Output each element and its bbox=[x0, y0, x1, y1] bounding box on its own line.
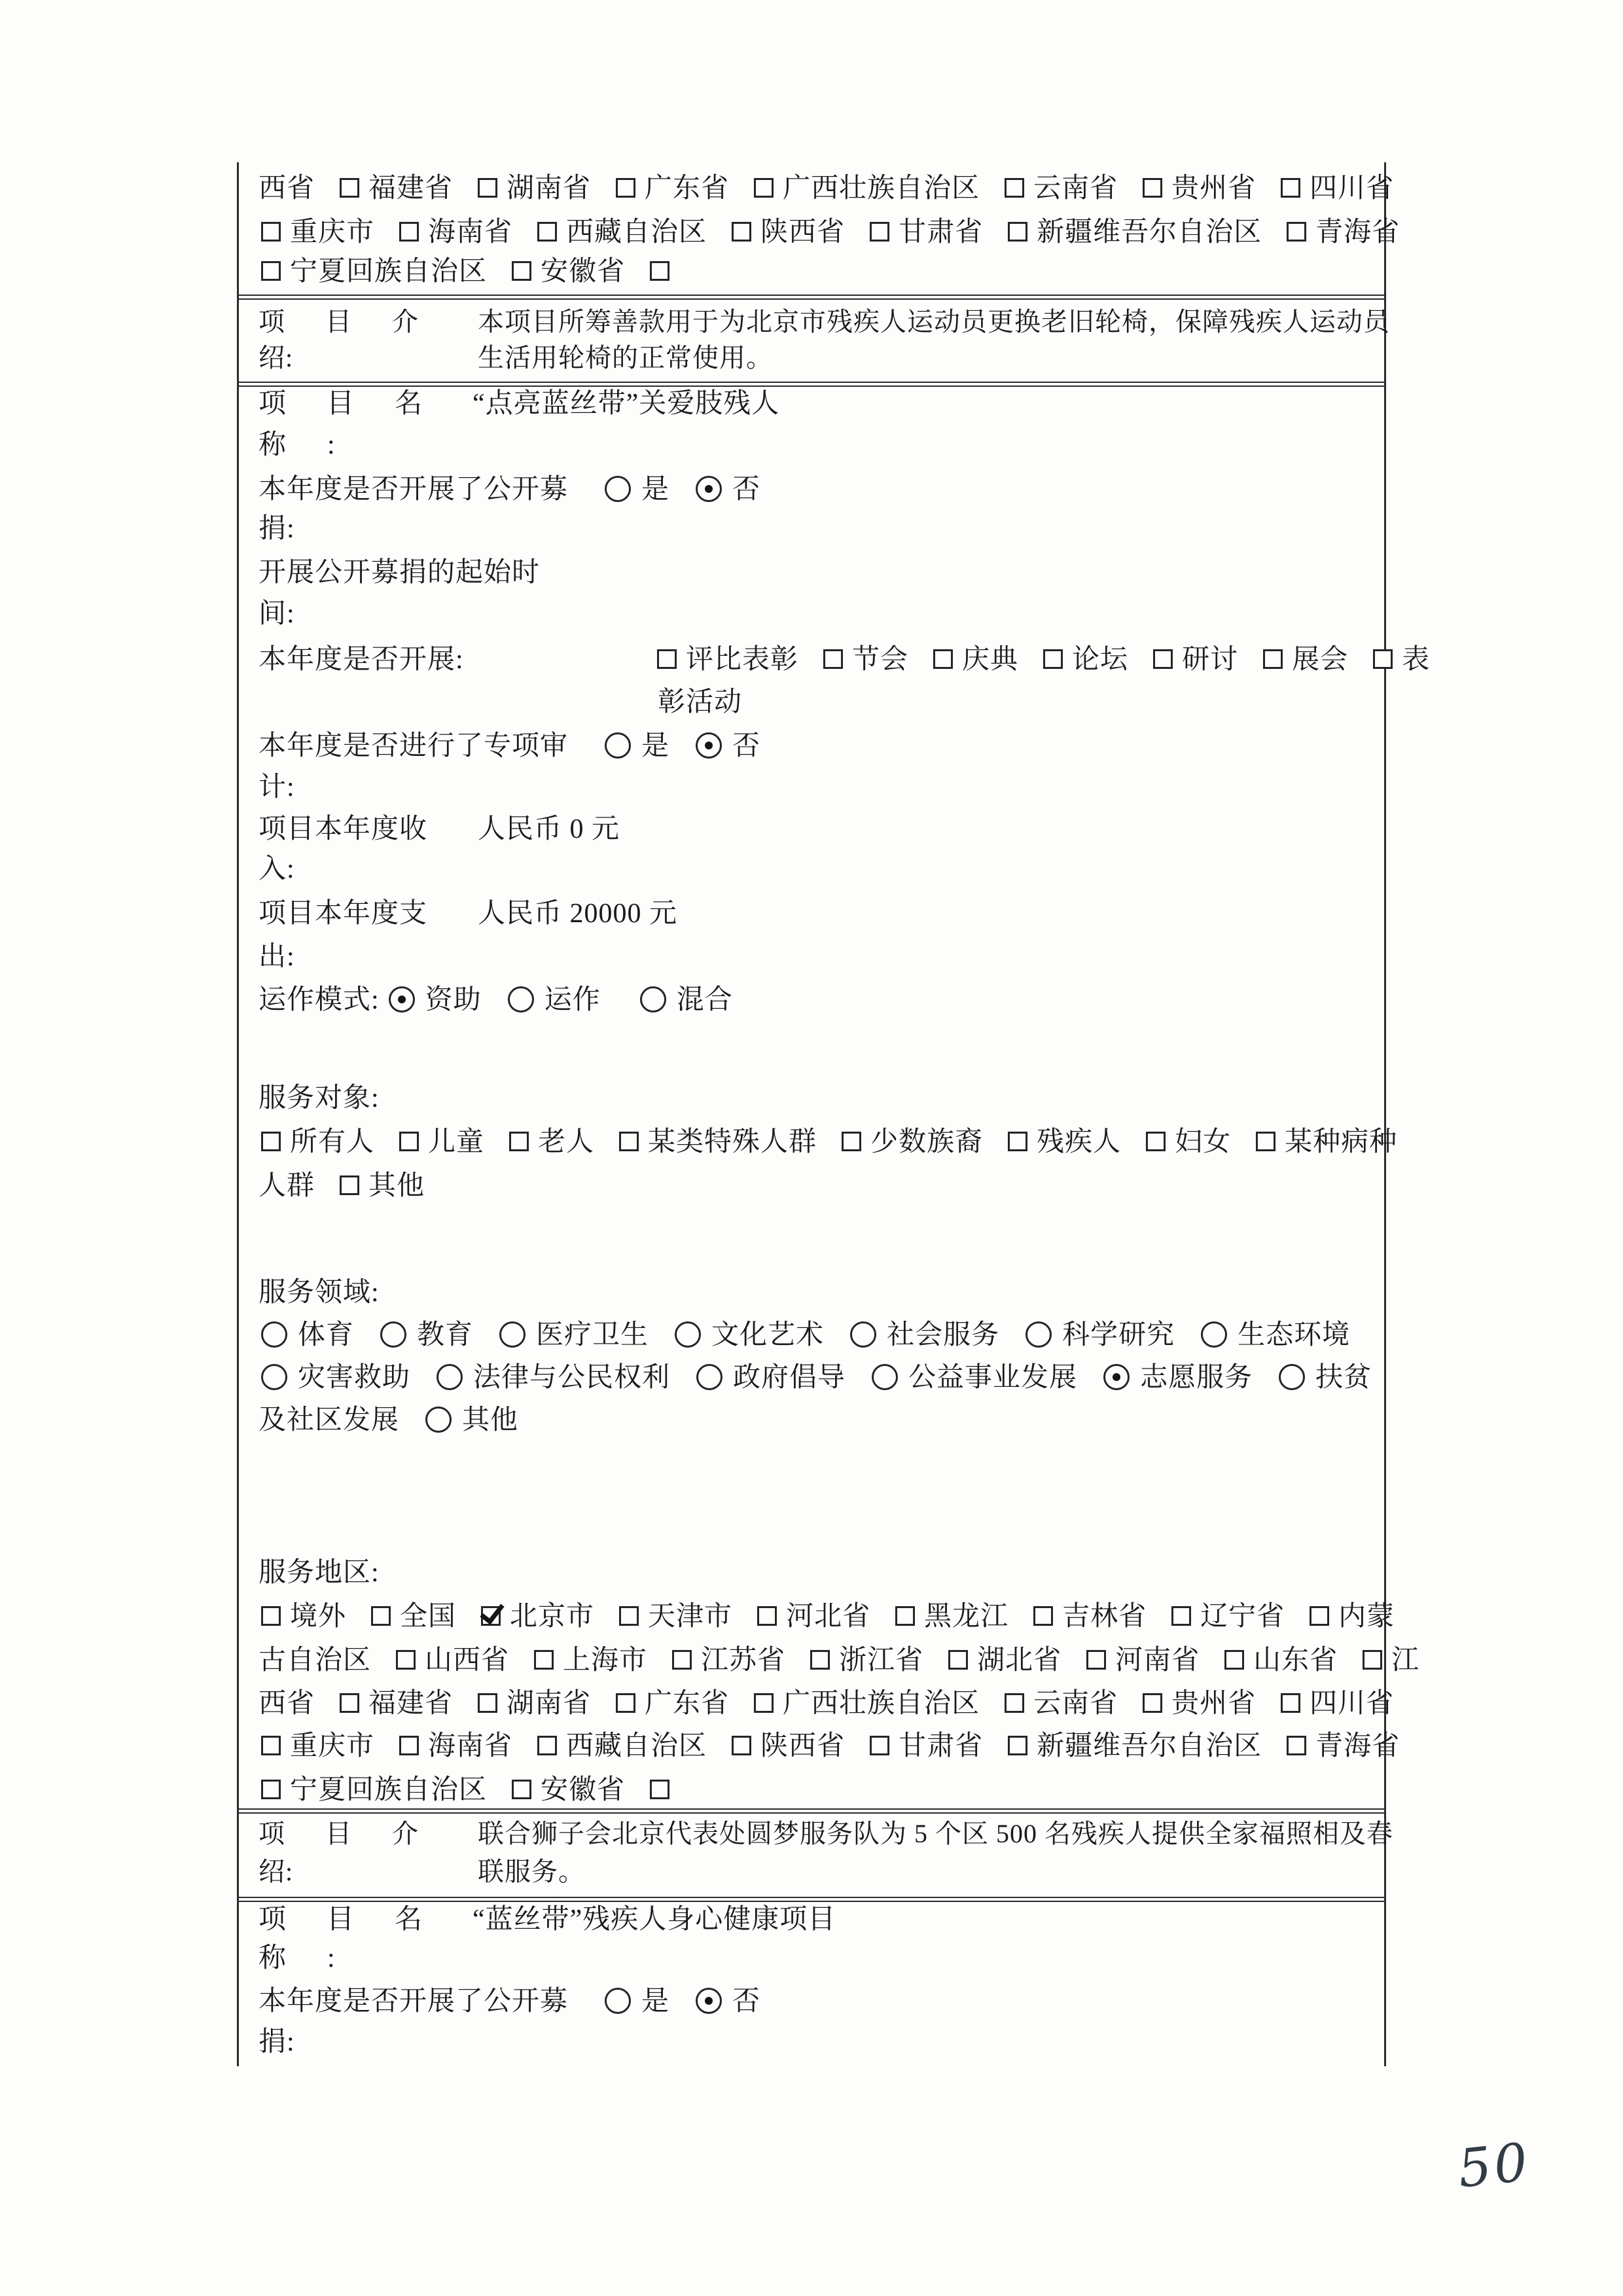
radio-icon[interactable] bbox=[850, 1321, 876, 1348]
text-run: 西省 bbox=[259, 173, 315, 204]
form-line: 联服务。 bbox=[478, 1850, 585, 1893]
form-line: 计: bbox=[259, 766, 295, 809]
radio-icon[interactable] bbox=[675, 1321, 701, 1348]
form-line: 联合狮子会北京代表处圆梦服务队为 5 个区 500 名残疾人提供全家福照相及春 bbox=[478, 1812, 1393, 1856]
text-run: 否 bbox=[732, 1986, 760, 2017]
radio-icon[interactable] bbox=[605, 732, 631, 759]
table-right-border bbox=[1384, 162, 1386, 2066]
text-run: 内蒙 bbox=[1338, 1602, 1395, 1632]
radio-selected-icon[interactable] bbox=[696, 732, 722, 759]
text-run: 老人 bbox=[538, 1127, 594, 1157]
form-line: 本年度是否开展了公开募 bbox=[259, 1980, 568, 2023]
text-run: 黑龙江 bbox=[924, 1602, 1008, 1632]
checkbox-icon[interactable] bbox=[754, 1693, 774, 1713]
text-run: 否 bbox=[732, 475, 760, 505]
checkbox-icon[interactable] bbox=[509, 1132, 529, 1151]
form-line: 入: bbox=[259, 848, 295, 891]
form-line: 运作模式:资助运作混合 bbox=[259, 978, 733, 1022]
checkbox-icon[interactable] bbox=[1363, 1650, 1382, 1670]
text-run: 人群 bbox=[259, 1171, 315, 1201]
checkbox-icon[interactable] bbox=[650, 261, 669, 281]
text-run: 捐: bbox=[259, 514, 295, 544]
text-run: 新疆维吾尔自治区 bbox=[1037, 1731, 1262, 1761]
text-run: 生态环境 bbox=[1238, 1320, 1350, 1350]
radio-icon[interactable] bbox=[380, 1321, 406, 1348]
form-line: 服务领域: bbox=[259, 1271, 380, 1314]
form-line: 项目名 bbox=[259, 382, 463, 425]
checkbox-icon[interactable] bbox=[1143, 178, 1162, 198]
radio-icon[interactable] bbox=[640, 986, 666, 1013]
checkbox-icon[interactable] bbox=[1281, 178, 1300, 198]
form-line: 开展公开募捐的起始时 bbox=[259, 551, 540, 594]
checkbox-icon[interactable] bbox=[933, 649, 953, 669]
checkbox-icon[interactable] bbox=[948, 1650, 968, 1670]
checkbox-icon[interactable] bbox=[261, 1780, 281, 1799]
checkbox-icon[interactable] bbox=[1086, 1650, 1106, 1670]
text-run: 山东省 bbox=[1253, 1645, 1338, 1676]
checkbox-icon[interactable] bbox=[672, 1650, 692, 1670]
text-run: 项目本年度收 bbox=[259, 814, 427, 844]
form-line: 项目名 bbox=[259, 1898, 463, 1941]
radio-icon[interactable] bbox=[437, 1364, 463, 1390]
text-run: 四川省 bbox=[1310, 1689, 1394, 1719]
form-line: 绍: bbox=[259, 1850, 293, 1893]
text-run: 否 bbox=[732, 731, 760, 761]
text-run: 人民币 0 元 bbox=[478, 814, 620, 844]
checkbox-icon[interactable] bbox=[1153, 649, 1173, 669]
text-run: 项目本年度支 bbox=[259, 899, 427, 929]
form-line: 人民币 20000 元 bbox=[478, 892, 677, 935]
text-run: 陕西省 bbox=[760, 1731, 845, 1761]
text-run: 上海市 bbox=[563, 1645, 647, 1676]
text-run: 湖南省 bbox=[507, 1689, 591, 1719]
text-run: 贵州省 bbox=[1171, 173, 1256, 204]
text-run: 西藏自治区 bbox=[566, 217, 707, 247]
text-run: 山西省 bbox=[425, 1645, 509, 1676]
checkbox-icon[interactable] bbox=[732, 1736, 751, 1755]
text-run: 开展公开募捐的起始时 bbox=[259, 558, 540, 588]
text-run: 贵州省 bbox=[1171, 1689, 1256, 1719]
text-run: 是 bbox=[641, 731, 669, 761]
checkbox-icon[interactable] bbox=[261, 1606, 281, 1626]
radio-icon[interactable] bbox=[605, 476, 631, 502]
text-run: 称 bbox=[259, 430, 287, 460]
checkbox-icon[interactable] bbox=[619, 1606, 639, 1626]
checkbox-icon[interactable] bbox=[754, 178, 774, 198]
text-run: 宁夏回族自治区 bbox=[290, 257, 487, 287]
checkbox-icon[interactable] bbox=[616, 178, 635, 198]
form-line: 人民币 0 元 bbox=[478, 808, 620, 851]
checkbox-icon[interactable] bbox=[534, 1650, 554, 1670]
text-run: 本年度是否开展了公开募 bbox=[259, 475, 568, 505]
form-line: 绍: bbox=[259, 336, 293, 380]
checkbox-icon[interactable] bbox=[732, 222, 751, 242]
checkbox-icon[interactable] bbox=[1005, 178, 1024, 198]
form-line: 灾害救助法律与公民权利政府倡导公益事业发展志愿服务扶贫 bbox=[259, 1356, 1372, 1399]
text-run: 湖北省 bbox=[977, 1645, 1061, 1676]
text-run: 称 bbox=[259, 1943, 287, 1973]
text-run: 是 bbox=[641, 1986, 669, 2017]
checkbox-icon[interactable] bbox=[810, 1650, 830, 1670]
form-line: 项目本年度支 bbox=[259, 892, 427, 935]
form-line: 及社区发展其他 bbox=[259, 1399, 518, 1442]
form-line: 出: bbox=[259, 935, 295, 978]
text-run: 服务对象: bbox=[259, 1083, 380, 1113]
text-run: 所有人 bbox=[290, 1127, 374, 1157]
text-run: 论坛 bbox=[1072, 645, 1128, 675]
text-run: 人民币 20000 元 bbox=[478, 899, 677, 929]
form-line: 评比表彰节会庆典论坛研讨展会表 bbox=[654, 638, 1430, 681]
text-run: 少数族裔 bbox=[870, 1127, 983, 1157]
text-run: 绍: bbox=[259, 1857, 293, 1886]
text-run: 海南省 bbox=[428, 217, 512, 247]
checkbox-icon[interactable] bbox=[261, 1736, 281, 1755]
text-run: 混合 bbox=[677, 985, 733, 1015]
text-run: 古自治区 bbox=[259, 1645, 371, 1676]
checkbox-icon[interactable] bbox=[1287, 1736, 1306, 1755]
text-run: 北京市 bbox=[510, 1602, 594, 1632]
text-run: “蓝丝带”残疾人身心健康项目 bbox=[473, 1905, 836, 1935]
form-line: 古自治区山西省上海市江苏省浙江省湖北省河南省山东省江 bbox=[259, 1639, 1419, 1682]
radio-selected-icon[interactable] bbox=[389, 986, 415, 1013]
text-run: 其他 bbox=[368, 1171, 425, 1201]
text-run: 服务地区: bbox=[259, 1558, 380, 1588]
form-line: “点亮蓝丝带”关爱肢残人 bbox=[473, 382, 779, 425]
text-run: 间: bbox=[259, 599, 295, 629]
text-run: 新疆维吾尔自治区 bbox=[1037, 217, 1262, 247]
radio-icon[interactable] bbox=[508, 986, 534, 1013]
radio-icon[interactable] bbox=[1279, 1364, 1305, 1390]
checkbox-icon[interactable] bbox=[657, 649, 677, 669]
text-run: 甘肃省 bbox=[899, 1731, 983, 1761]
checkbox-icon[interactable] bbox=[842, 1132, 861, 1151]
radio-icon[interactable] bbox=[499, 1321, 526, 1348]
text-run: 青海省 bbox=[1315, 1731, 1400, 1761]
text-run: 评比表彰 bbox=[686, 645, 798, 675]
text-run: 海南省 bbox=[428, 1731, 512, 1761]
form-line: 体育教育医疗卫生文化艺术社会服务科学研究生态环境 bbox=[259, 1314, 1350, 1357]
form-line: 称: bbox=[259, 423, 336, 467]
checkbox-icon[interactable] bbox=[616, 1693, 635, 1713]
field-label: 项目名 bbox=[259, 389, 463, 419]
checkbox-icon[interactable] bbox=[1256, 1132, 1275, 1151]
radio-icon[interactable] bbox=[1026, 1321, 1052, 1348]
form-line: 捐: bbox=[259, 507, 295, 550]
form-line: 境外全国北京市天津市河北省黑龙江吉林省辽宁省内蒙 bbox=[259, 1595, 1395, 1638]
text-run: 志愿服务 bbox=[1140, 1363, 1253, 1393]
text-run: 医疗卫生 bbox=[536, 1320, 649, 1350]
text-run: 联服务。 bbox=[478, 1857, 585, 1886]
text-run: 庆典 bbox=[962, 645, 1018, 675]
checkbox-icon[interactable] bbox=[1143, 1693, 1162, 1713]
radio-icon[interactable] bbox=[261, 1364, 287, 1390]
radio-icon[interactable] bbox=[605, 1988, 631, 2014]
text-run: 广东省 bbox=[645, 1689, 729, 1719]
text-run: 入: bbox=[259, 854, 295, 884]
text-run: 政府倡导 bbox=[733, 1363, 846, 1393]
radio-selected-icon[interactable] bbox=[1103, 1364, 1130, 1390]
text-run: 浙江省 bbox=[839, 1645, 923, 1676]
text-run: 公益事业发展 bbox=[908, 1363, 1077, 1393]
text-run: 本项目所筹善款用于为北京市残疾人运动员更换老旧轮椅，保障残疾人运动员 bbox=[478, 307, 1390, 336]
checkbox-icon[interactable] bbox=[396, 1650, 416, 1670]
checkbox-icon[interactable] bbox=[1281, 1693, 1300, 1713]
checkbox-icon[interactable] bbox=[870, 1736, 889, 1755]
form-line: 重庆市海南省西藏自治区陕西省甘肃省新疆维吾尔自治区青海省 bbox=[259, 1725, 1400, 1768]
radio-icon[interactable] bbox=[261, 1321, 287, 1348]
checkbox-icon[interactable] bbox=[650, 1780, 669, 1799]
form-line: 宁夏回族自治区安徽省 bbox=[259, 250, 679, 293]
checkbox-icon[interactable] bbox=[478, 178, 497, 198]
checkbox-icon[interactable] bbox=[895, 1606, 915, 1626]
text-run: 出: bbox=[259, 942, 295, 972]
text-run: 宁夏回族自治区 bbox=[290, 1775, 487, 1805]
scanned-form-page: 西省福建省湖南省广东省广西壮族自治区云南省贵州省四川省重庆市海南省西藏自治区陕西… bbox=[0, 0, 1623, 2296]
text-run: 河北省 bbox=[786, 1602, 870, 1632]
radio-icon[interactable] bbox=[425, 1407, 452, 1433]
text-run: 扶贫 bbox=[1315, 1363, 1372, 1393]
radio-selected-icon[interactable] bbox=[696, 476, 722, 502]
checkbox-icon[interactable] bbox=[399, 1736, 419, 1755]
checkbox-icon[interactable] bbox=[1008, 1736, 1027, 1755]
checkbox-icon[interactable] bbox=[1373, 649, 1393, 669]
text-run: 江苏省 bbox=[701, 1645, 785, 1676]
field-label: 项目名 bbox=[259, 1905, 463, 1935]
checkbox-icon[interactable] bbox=[261, 222, 281, 242]
checkbox-icon[interactable] bbox=[537, 1736, 557, 1755]
text-run: 西省 bbox=[259, 1689, 315, 1719]
text-run: 生活用轮椅的正常使用。 bbox=[478, 343, 773, 372]
text-run: 科学研究 bbox=[1062, 1320, 1175, 1350]
form-line: 宁夏回族自治区安徽省 bbox=[259, 1768, 679, 1812]
text-run: 体育 bbox=[298, 1320, 354, 1350]
handwritten-page-number: 50 bbox=[1455, 2132, 1533, 2200]
text-run: 广西壮族自治区 bbox=[783, 1689, 980, 1719]
text-run: 儿童 bbox=[428, 1127, 484, 1157]
text-run: 是 bbox=[641, 475, 669, 505]
radio-icon[interactable] bbox=[872, 1364, 898, 1390]
checkbox-icon[interactable] bbox=[1043, 649, 1063, 669]
checkbox-icon[interactable] bbox=[619, 1132, 639, 1151]
text-run: 展会 bbox=[1292, 645, 1348, 675]
text-run: 及社区发展 bbox=[259, 1405, 399, 1435]
checkbox-icon[interactable] bbox=[340, 1175, 359, 1195]
form-line: 是否 bbox=[602, 468, 760, 511]
text-run: 灾害救助 bbox=[298, 1363, 410, 1393]
checkbox-icon[interactable] bbox=[1008, 222, 1027, 242]
form-line: 是否 bbox=[602, 725, 760, 768]
radio-icon[interactable] bbox=[1201, 1321, 1227, 1348]
form-line: 生活用轮椅的正常使用。 bbox=[478, 336, 773, 380]
text-run: 云南省 bbox=[1033, 173, 1118, 204]
checkbox-icon[interactable] bbox=[823, 649, 843, 669]
text-run: “点亮蓝丝带”关爱肢残人 bbox=[473, 389, 779, 419]
text-run: 节会 bbox=[852, 645, 908, 675]
text-run: 青海省 bbox=[1315, 217, 1400, 247]
form-line: 捐: bbox=[259, 2020, 295, 2064]
text-run: 表 bbox=[1402, 645, 1430, 675]
checkbox-icon[interactable] bbox=[261, 1132, 281, 1151]
text-run: 妇女 bbox=[1175, 1127, 1231, 1157]
text-run: 本年度是否进行了专项审 bbox=[259, 731, 568, 761]
form-line: 服务地区: bbox=[259, 1551, 380, 1594]
checkbox-icon[interactable] bbox=[340, 1693, 359, 1713]
checkbox-icon[interactable] bbox=[399, 222, 419, 242]
radio-selected-icon[interactable] bbox=[696, 1988, 722, 2014]
text-run: 运作 bbox=[544, 985, 601, 1015]
text-run: 服务领域: bbox=[259, 1278, 380, 1308]
checkbox-icon[interactable] bbox=[371, 1606, 391, 1626]
form-line: 本年度是否进行了专项审 bbox=[259, 725, 568, 768]
text-run: 文化艺术 bbox=[711, 1320, 824, 1350]
checkbox-checked-icon[interactable] bbox=[481, 1606, 501, 1626]
checkbox-icon[interactable] bbox=[1310, 1606, 1329, 1626]
field-label: 项目介 bbox=[259, 307, 459, 336]
field-label: 项目介 bbox=[259, 1819, 459, 1848]
checkbox-icon[interactable] bbox=[478, 1693, 497, 1713]
text-run: 绍: bbox=[259, 343, 293, 372]
text-run: 某种病种 bbox=[1285, 1127, 1397, 1157]
text-run: 湖南省 bbox=[507, 173, 591, 204]
checkbox-icon[interactable] bbox=[1005, 1693, 1024, 1713]
text-run: 吉林省 bbox=[1062, 1602, 1147, 1632]
text-run: 重庆市 bbox=[290, 1731, 374, 1761]
checkbox-icon[interactable] bbox=[1171, 1606, 1191, 1626]
text-run: 社会服务 bbox=[887, 1320, 999, 1350]
form-line: 称: bbox=[259, 1937, 336, 1980]
form-line: 彰活动 bbox=[658, 681, 742, 724]
text-run: 江 bbox=[1391, 1645, 1419, 1676]
text-run: : bbox=[327, 430, 336, 460]
text-run: 广西壮族自治区 bbox=[783, 173, 980, 204]
text-run: 西藏自治区 bbox=[566, 1731, 707, 1761]
text-run: 河南省 bbox=[1115, 1645, 1200, 1676]
checkbox-icon[interactable] bbox=[261, 261, 281, 281]
text-run: 四川省 bbox=[1310, 173, 1394, 204]
text-run: 甘肃省 bbox=[899, 217, 983, 247]
checkbox-icon[interactable] bbox=[1287, 222, 1306, 242]
checkbox-icon[interactable] bbox=[512, 1780, 531, 1799]
text-run: 计: bbox=[259, 772, 295, 802]
text-run: 残疾人 bbox=[1037, 1127, 1121, 1157]
text-run: 法律与公民权利 bbox=[473, 1363, 670, 1393]
text-run: 本年度是否开展: bbox=[259, 645, 464, 675]
form-line: 项目本年度收 bbox=[259, 808, 427, 851]
checkbox-icon[interactable] bbox=[870, 222, 889, 242]
form-line: 本年度是否开展了公开募 bbox=[259, 468, 568, 511]
form-line: 本年度是否开展: bbox=[259, 638, 464, 681]
text-run: 重庆市 bbox=[290, 217, 374, 247]
text-run: 广东省 bbox=[645, 173, 729, 204]
text-run: : bbox=[327, 1943, 336, 1973]
form-line: 项目介 bbox=[259, 1812, 459, 1856]
text-run: 天津市 bbox=[648, 1602, 732, 1632]
checkbox-icon[interactable] bbox=[1033, 1606, 1053, 1626]
form-line: 所有人儿童老人某类特殊人群少数族裔残疾人妇女某种病种 bbox=[259, 1121, 1397, 1164]
text-run: 辽宁省 bbox=[1200, 1602, 1285, 1632]
form-line: 重庆市海南省西藏自治区陕西省甘肃省新疆维吾尔自治区青海省 bbox=[259, 211, 1400, 254]
checkbox-icon[interactable] bbox=[537, 222, 557, 242]
text-run: 安徽省 bbox=[541, 1775, 625, 1805]
text-run: 安徽省 bbox=[541, 257, 625, 287]
checkbox-icon[interactable] bbox=[399, 1132, 419, 1151]
form-line: “蓝丝带”残疾人身心健康项目 bbox=[473, 1898, 836, 1941]
checkbox-icon[interactable] bbox=[1224, 1650, 1244, 1670]
text-run: 本年度是否开展了公开募 bbox=[259, 1986, 568, 2017]
text-run: 福建省 bbox=[368, 1689, 453, 1719]
checkbox-icon[interactable] bbox=[1263, 649, 1283, 669]
form-line: 间: bbox=[259, 592, 295, 636]
checkbox-icon[interactable] bbox=[757, 1606, 777, 1626]
text-run: 资助 bbox=[425, 985, 482, 1015]
text-run: 云南省 bbox=[1033, 1689, 1118, 1719]
form-line: 是否 bbox=[602, 1980, 760, 2023]
row-separator-line bbox=[237, 295, 1386, 300]
text-run: 福建省 bbox=[368, 173, 453, 204]
text-run: 陕西省 bbox=[760, 217, 845, 247]
text-run: 某类特殊人群 bbox=[648, 1127, 817, 1157]
checkbox-icon[interactable] bbox=[1008, 1132, 1027, 1151]
checkbox-icon[interactable] bbox=[1146, 1132, 1166, 1151]
form-line: 人群其他 bbox=[259, 1164, 425, 1208]
form-line: 西省福建省湖南省广东省广西壮族自治区云南省贵州省四川省 bbox=[259, 1682, 1394, 1725]
form-line: 服务对象: bbox=[259, 1077, 380, 1120]
form-line: 西省福建省湖南省广东省广西壮族自治区云南省贵州省四川省 bbox=[259, 167, 1394, 210]
checkbox-icon[interactable] bbox=[340, 178, 359, 198]
checkbox-icon[interactable] bbox=[512, 261, 531, 281]
text-run: 联合狮子会北京代表处圆梦服务队为 5 个区 500 名残疾人提供全家福照相及春 bbox=[478, 1819, 1393, 1848]
table-left-border bbox=[237, 162, 239, 2066]
text-run: 教育 bbox=[417, 1320, 473, 1350]
text-run: 全国 bbox=[400, 1602, 456, 1632]
text-run: 运作模式: bbox=[259, 985, 380, 1015]
text-run: 境外 bbox=[290, 1602, 346, 1632]
text-run: 研讨 bbox=[1182, 645, 1238, 675]
radio-icon[interactable] bbox=[696, 1364, 722, 1390]
text-run: 其他 bbox=[462, 1405, 518, 1435]
text-run: 彰活动 bbox=[658, 687, 742, 717]
text-run: 捐: bbox=[259, 2027, 295, 2057]
